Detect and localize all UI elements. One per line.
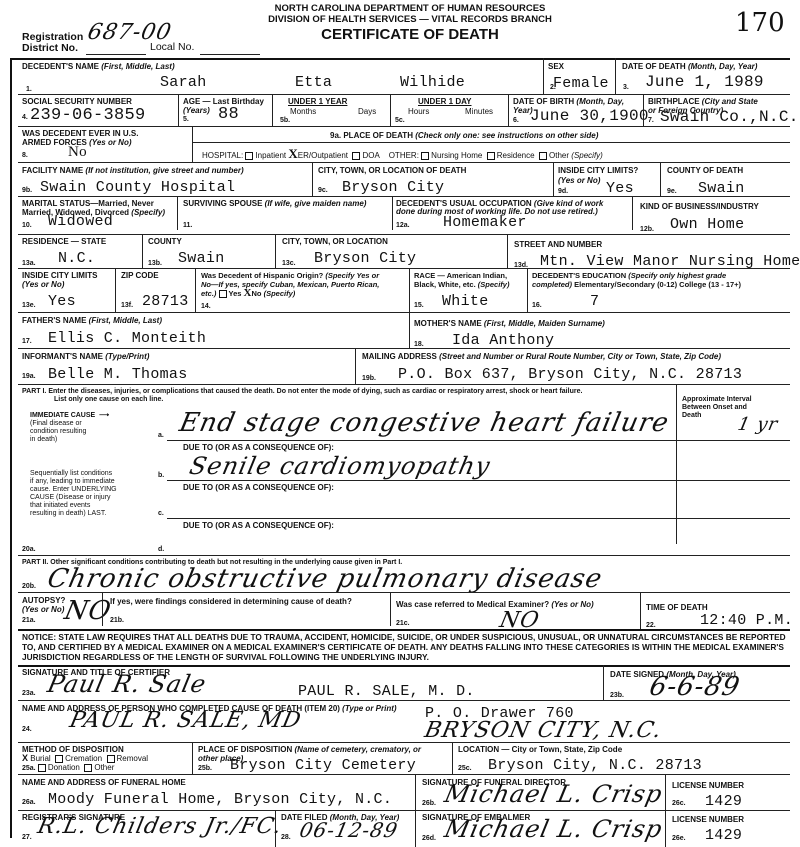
residence-city-value: Bryson City (314, 250, 416, 267)
donation-checkbox[interactable] (38, 764, 46, 772)
place-of-death-label: 9a. PLACE OF DEATH (Check only one: see … (330, 131, 598, 140)
corner-number: 170 (735, 8, 785, 38)
dod-label: DATE OF DEATH (Month, Day, Year) (622, 62, 757, 71)
cause-a-value: End stage congestive heart failure (177, 408, 672, 438)
district-label: District No. (22, 43, 78, 54)
county-of-death-value: Swain (698, 180, 745, 197)
inpatient-checkbox[interactable] (245, 152, 253, 160)
sex-value: Female (553, 75, 609, 92)
time-of-death-value: 12:40 P.M. (700, 612, 793, 629)
certificate-title: CERTIFICATE OF DEATH (220, 26, 600, 43)
date-signed-value: 6-6-89 (647, 672, 743, 702)
name-label: DECEDENT'S NAME (First, Middle, Last) (22, 62, 175, 71)
notice-text: NOTICE: STATE LAW REQUIRES THAT ALL DEAT… (22, 632, 786, 662)
dept-heading: NORTH CAROLINA DEPARTMENT OF HUMAN RESOU… (220, 3, 600, 14)
certifier-signature: Paul R. Sale (45, 670, 209, 698)
funeral-director-signature: Michael L. Crisp (442, 780, 665, 808)
burial-checkbox-checked[interactable]: X (22, 753, 28, 763)
first-name-value: Sarah (160, 74, 207, 91)
mother-name-value: Ida Anthony (452, 332, 554, 349)
residence-inside-city-value: Yes (48, 293, 76, 310)
cause-b-value: Senile cardiomyopathy (187, 452, 493, 480)
embalmer-license-value: 1429 (705, 827, 742, 844)
dob-label: DATE OF BIRTH (Month, Day, (513, 97, 624, 106)
city-of-death-value: Bryson City (342, 179, 444, 196)
completed-by-address-line2: BRYSON CITY, N.C. (422, 718, 664, 743)
doa-checkbox[interactable] (352, 152, 360, 160)
completed-by-name: PAUL R. SALE, MD (67, 708, 303, 733)
place-of-disposition-value: Bryson City Cemetery (230, 757, 416, 774)
immediate-cause-label: IMMEDIATE CAUSE ⟶(Final disease orcondit… (30, 412, 109, 444)
embalmer-signature: Michael L. Crisp (442, 815, 665, 843)
date-of-death-value: June 1, 1989 (645, 73, 764, 91)
other-checkbox[interactable] (539, 152, 547, 160)
race-value: White (442, 293, 489, 310)
date-filed-value: 06-12-89 (297, 818, 400, 842)
father-name-value: Ellis C. Monteith (48, 330, 206, 347)
nursing-home-checkbox[interactable] (421, 152, 429, 160)
zip-value: 28713 (142, 293, 189, 310)
inside-city-death-value: Yes (606, 180, 634, 197)
sequential-label: Sequentially list conditionsif any, lead… (30, 470, 117, 518)
residence-checkbox[interactable] (487, 152, 495, 160)
division-heading: DIVISION OF HEALTH SERVICES — VITAL RECO… (220, 14, 600, 25)
date-of-birth-value: June 30,1900 (530, 107, 649, 125)
autopsy-value: NO (62, 596, 114, 626)
sex-label: SEX (548, 62, 564, 71)
informant-value: Belle M. Thomas (48, 366, 188, 383)
business-value: Own Home (670, 216, 744, 233)
part2-value: Chronic obstructive pulmonary disease (45, 564, 605, 594)
residence-county-value: Swain (178, 250, 225, 267)
hispanic-no-checkbox-checked[interactable]: X (244, 287, 252, 299)
cremation-checkbox[interactable] (55, 755, 63, 763)
marital-status-value: Widowed (48, 213, 113, 230)
place-of-death-options: HOSPITAL: Inpatient XER/Outpatient DOA O… (202, 149, 603, 160)
removal-checkbox[interactable] (107, 755, 115, 763)
armed-forces-value: No (68, 144, 87, 161)
other-disposition-checkbox[interactable] (84, 764, 92, 772)
registrar-signature: R.L. Childers Jr./FC. (35, 814, 284, 839)
certifier-typed-name: PAUL R. SALE, M. D. (298, 683, 475, 700)
occupation-value: Homemaker (443, 214, 527, 231)
er-outpatient-checkbox-checked[interactable]: X (288, 146, 297, 161)
ssn-label: SOCIAL SECURITY NUMBER (22, 97, 132, 106)
middle-name-value: Etta (295, 74, 332, 91)
last-name-value: Wilhide (400, 74, 465, 91)
ssn-value: 239-06-3859 (30, 106, 146, 125)
cause-a-interval-value: 1 yr (736, 414, 780, 435)
facility-value: Swain County Hospital (40, 179, 235, 196)
age-value: 88 (218, 105, 239, 124)
mailing-address-value: P.O. Box 637, Bryson City, N.C. 28713 (398, 366, 742, 383)
education-value: 7 (590, 293, 599, 310)
hispanic-yes-checkbox[interactable] (219, 290, 227, 298)
disposition-location-value: Bryson City, N.C. 28713 (488, 757, 702, 774)
residence-state-value: N.C. (58, 250, 95, 267)
birthplace-value: Swain Co.,N.C. (660, 108, 799, 126)
birthplace-label: BIRTHPLACE (City and State (648, 97, 758, 106)
funeral-home-value: Moody Funeral Home, Bryson City, N.C. (48, 791, 392, 808)
local-no-label: Local No. (150, 43, 194, 52)
director-license-value: 1429 (705, 793, 742, 810)
